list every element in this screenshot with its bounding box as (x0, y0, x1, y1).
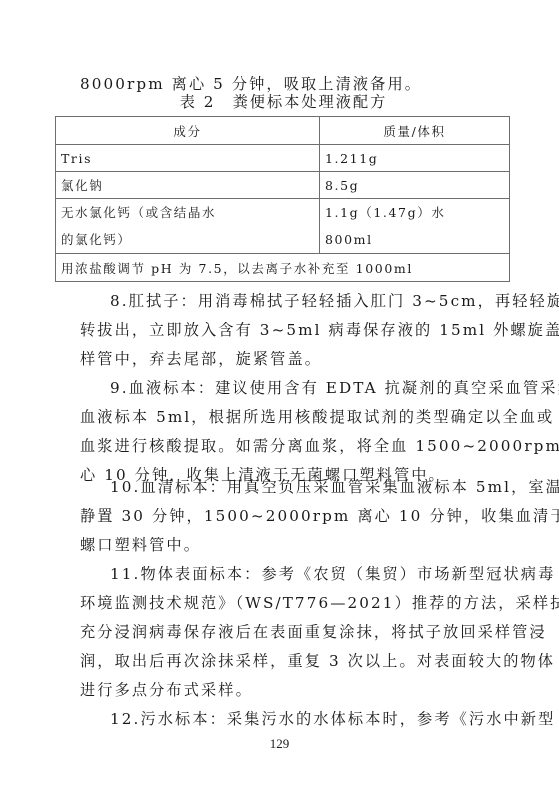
formula-table: 成分 质量/体积 Tris 1.211g 氯化钠 8.5g 无水氯化钙（或含结晶… (55, 116, 510, 282)
table-header-row: 成分 质量/体积 (56, 117, 510, 145)
cell-component-line: 的氯化钙） (61, 226, 319, 253)
paragraph-line: 环境监测技术规范》（WS/T776—2021）推荐的方法，采样拭子 (80, 593, 486, 613)
header-component: 成分 (56, 117, 320, 145)
paragraph-line: 12.污水标本：采集污水的水体标本时，参考《污水中新型 (110, 709, 486, 729)
paragraph-line: 转拔出，立即放入含有 3~5ml 病毒保存液的 15ml 外螺旋盖采 (80, 320, 486, 340)
paragraph-line: 润，取出后再次涂抹采样，重复 3 次以上。对表面较大的物体 (80, 651, 486, 671)
table-note: 用浓盐酸调节 pH 为 7.5，以去离子水补充至 1000ml (56, 254, 510, 282)
paragraph-line: 充分浸润病毒保存液后在表面重复涂抹，将拭子放回采样管浸 (80, 622, 486, 642)
paragraph-line: 8.肛拭子：用消毒棉拭子轻轻插入肛门 3~5cm，再轻轻旋 (110, 291, 486, 311)
table-row: 氯化钠 8.5g (56, 172, 510, 199)
cell-component-line: 无水氯化钙（或含结晶水 (61, 199, 319, 226)
cell-amount-line: 1.1g（1.47g）水 (325, 199, 509, 226)
paragraph-line: 10.血清标本：用真空负压采血管采集血液标本 5ml，室温 (110, 477, 486, 497)
paragraph-line: 进行多点分布式采样。 (80, 680, 486, 700)
continuation-text: 8000rpm 离心 5 分钟，吸取上清液备用。 (80, 74, 486, 94)
paragraph-line: 血液标本 5ml，根据所选用核酸提取试剂的类型确定以全血或 (80, 407, 486, 427)
cell-component: 无水氯化钙（或含结晶水 的氯化钙） (56, 199, 320, 254)
page-number: 129 (0, 736, 559, 752)
table-note-row: 用浓盐酸调节 pH 为 7.5，以去离子水补充至 1000ml (56, 254, 510, 282)
cell-amount: 1.1g（1.47g）水 800ml (320, 199, 510, 254)
paragraph-line: 螺口塑料管中。 (80, 535, 486, 555)
header-amount: 质量/体积 (320, 117, 510, 145)
cell-component: 氯化钠 (56, 172, 320, 199)
cell-amount: 1.211g (320, 145, 510, 172)
paragraph-line: 11.物体表面标本：参考《农贸（集贸）市场新型冠状病毒 (110, 564, 486, 584)
cell-amount-line: 800ml (325, 226, 509, 253)
table-row: 无水氯化钙（或含结晶水 的氯化钙） 1.1g（1.47g）水 800ml (56, 199, 510, 254)
paragraph-line: 血浆进行核酸提取。如需分离血浆，将全血 1500~2000rpm 离 (80, 436, 486, 456)
paragraph-line: 静置 30 分钟，1500~2000rpm 离心 10 分钟，收集血清于无菌 (80, 506, 486, 526)
table-caption: 表 2 粪便标本处理液配方 (0, 92, 559, 112)
paragraph-line: 样管中，弃去尾部，旋紧管盖。 (80, 349, 486, 369)
table-row: Tris 1.211g (56, 145, 510, 172)
paragraph-line: 9.血液标本：建议使用含有 EDTA 抗凝剂的真空采血管采集 (110, 378, 486, 398)
document-page: 8000rpm 离心 5 分钟，吸取上清液备用。 表 2 粪便标本处理液配方 成… (0, 0, 559, 793)
cell-amount: 8.5g (320, 172, 510, 199)
cell-component: Tris (56, 145, 320, 172)
